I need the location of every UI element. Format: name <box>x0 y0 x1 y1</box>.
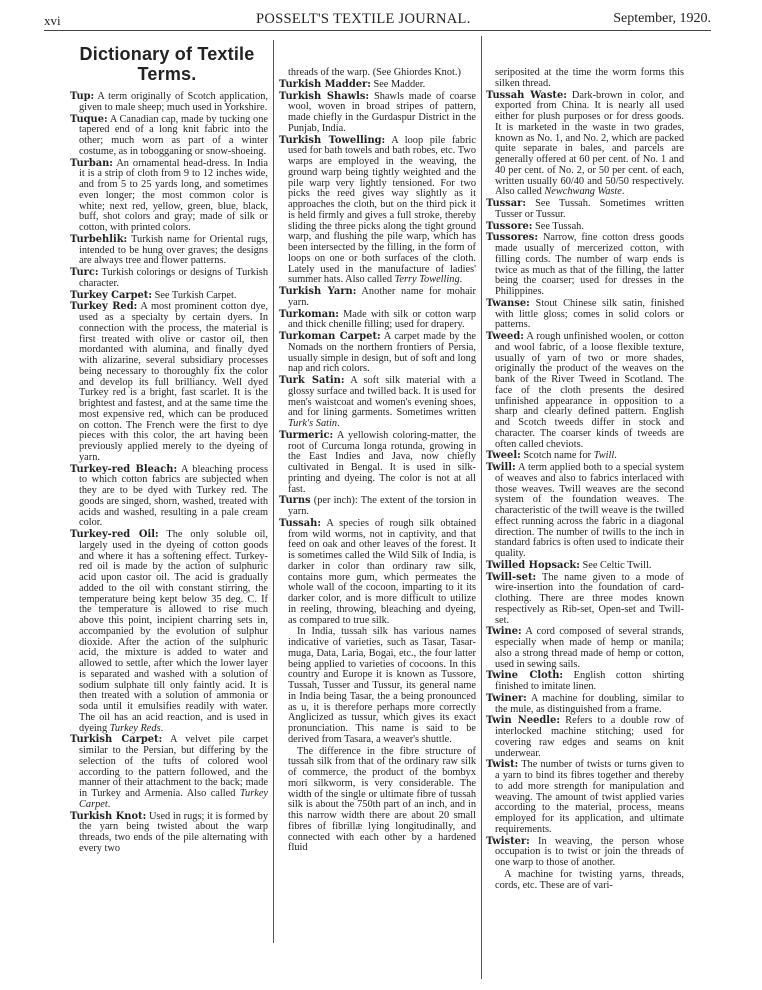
entry-term: Turns <box>279 495 311 506</box>
dictionary-entry: Turkoman Carpet: A carpet made by the No… <box>279 332 476 375</box>
entry-paragraph: A machine for twisting yarns, threads, c… <box>486 870 684 892</box>
entry-term: Turc: <box>70 267 98 278</box>
dictionary-entry: Turns (per inch): The extent of the tors… <box>279 496 476 518</box>
dictionary-entry: Twanse: Stout Chinese silk satin, finish… <box>486 299 684 331</box>
entry-paragraph: The difference in the fibre structure of… <box>279 747 476 855</box>
dictionary-entry: Twin Needle: Refers to a double row of i… <box>486 716 684 759</box>
entry-term: Tussar: <box>486 198 526 209</box>
column-3: seriposited at the time the worm forms t… <box>486 68 684 892</box>
dictionary-entry: Turk Satin: A soft silk material with a … <box>279 376 476 430</box>
entry-term: Twine Cloth: <box>486 670 563 681</box>
column-1: Dictionary of Textile Terms. Tup: A term… <box>70 36 268 856</box>
entry-term: Twill-set: <box>486 572 536 583</box>
entry-term: Turkey Carpet: <box>70 290 152 301</box>
dictionary-entry: Turkish Yarn: Another name for mohair ya… <box>279 287 476 309</box>
continuation-text: seriposited at the time the worm forms t… <box>486 68 684 90</box>
dictionary-entry: Tussah Waste: Dark-brown in color, and e… <box>486 91 684 199</box>
entry-term: Twiner: <box>486 693 527 704</box>
dictionary-entry: Tuque: A Canadian cap, made by tucking o… <box>70 115 268 158</box>
dictionary-entry: Tweel: Scotch name for Twill. <box>486 451 684 462</box>
entry-term: Tussah Waste: <box>486 90 567 101</box>
entry-term: Twanse: <box>486 298 530 309</box>
entry-term: Turkish Towelling: <box>279 135 385 146</box>
dictionary-entry: Turmeric: A yellowish coloring-matter, t… <box>279 431 476 496</box>
dictionary-entry: Turkey Red: A most prominent cotton dye,… <box>70 302 268 463</box>
dictionary-entry: Tup: A term originally of Scotch applica… <box>70 92 268 114</box>
page-header: xvi POSSELT'S TEXTILE JOURNAL. September… <box>44 0 711 30</box>
entry-term: Turkey Red: <box>70 301 137 312</box>
entry-term: Turkey-red Bleach: <box>70 464 177 475</box>
entry-term: Turkoman: <box>279 309 339 320</box>
dictionary-entry: Tussah: A species of rough silk obtained… <box>279 519 476 627</box>
dictionary-entry: Turkoman: Made with silk or cotton warp … <box>279 310 476 332</box>
entry-term: Tussah: <box>279 518 321 529</box>
column-divider <box>481 36 482 979</box>
issue-date: September, 1920. <box>613 11 711 27</box>
dictionary-entry: Turkey-red Oil: The only soluble oil, la… <box>70 530 268 734</box>
dictionary-entry: Twiner: A machine for doubling, similar … <box>486 694 684 716</box>
header-rule <box>44 30 711 31</box>
entry-term: Tup: <box>70 91 94 102</box>
entry-term: Turkey-red Oil: <box>70 529 159 540</box>
entry-term: Turkish Knot: <box>70 811 146 822</box>
dictionary-entry: Turkish Shawls: Shawls made of coarse wo… <box>279 92 476 135</box>
dictionary-entry: Turkish Towelling: A loop pile fabric us… <box>279 136 476 287</box>
entry-term: Twine: <box>486 626 522 637</box>
dictionary-entry: Tussore: See Tussah. <box>486 222 684 233</box>
entry-term: Twill: <box>486 462 516 473</box>
dictionary-entry: Twine Cloth: English cotton shirting fin… <box>486 671 684 693</box>
entry-term: Turk Satin: <box>279 375 345 386</box>
column-divider <box>273 40 274 943</box>
entry-term: Turkish Carpet: <box>70 734 162 745</box>
page-number: xvi <box>44 13 61 29</box>
entry-term: Twin Needle: <box>486 715 560 726</box>
dictionary-entry: Turkey Carpet: See Turkish Carpet. <box>70 291 268 302</box>
entry-term: Twilled Hopsack: <box>486 560 580 571</box>
dictionary-entry: Twilled Hopsack: See Celtic Twill. <box>486 561 684 572</box>
article-title: Dictionary of Textile Terms. <box>66 44 268 84</box>
entry-term: Turkoman Carpet: <box>279 331 381 342</box>
dictionary-entry: Turkish Carpet: A velvet pile carpet sim… <box>70 735 268 810</box>
dictionary-entry: Tussores: Narrow, fine cotton dress good… <box>486 233 684 298</box>
entry-term: Tussore: <box>486 221 532 232</box>
entry-term: Tweed: <box>486 331 524 342</box>
dictionary-entry: Tweed: A rough unfinished woolen, or cot… <box>486 332 684 450</box>
dictionary-entry: Twine: A cord composed of several strand… <box>486 627 684 670</box>
entry-term: Turban: <box>70 158 113 169</box>
entry-term: Twist: <box>486 759 518 770</box>
dictionary-entry: Turc: Turkish colorings or designs of Tu… <box>70 268 268 290</box>
dictionary-entry: Turkish Madder: See Madder. <box>279 80 476 91</box>
column-2: threads of the warp. (See Ghiordes Knot.… <box>279 68 476 855</box>
entry-term: Tussores: <box>486 232 538 243</box>
dictionary-entry: Turkey-red Bleach: A bleaching process t… <box>70 465 268 530</box>
entry-term: Turbehlik: <box>70 234 127 245</box>
entry-term: Tweel: <box>486 450 521 461</box>
dictionary-entry: Turban: An ornamental head-dress. In Ind… <box>70 159 268 234</box>
entry-term: Turkish Shawls: <box>279 91 369 102</box>
continuation-text: threads of the warp. (See Ghiordes Knot.… <box>279 68 476 79</box>
dictionary-entry: Tussar: See Tussah. Sometimes written Tu… <box>486 199 684 221</box>
dictionary-entry: Twill-set: The name given to a mode of w… <box>486 573 684 627</box>
entry-term: Twister: <box>486 836 530 847</box>
journal-title: POSSELT'S TEXTILE JOURNAL. <box>256 11 471 28</box>
dictionary-entry: Twist: The number of twists or turns giv… <box>486 760 684 835</box>
entry-term: Turkish Yarn: <box>279 286 356 297</box>
dictionary-entry: Twill: A term applied both to a special … <box>486 463 684 560</box>
entry-paragraph: In India, tussah silk has various names … <box>279 627 476 745</box>
dictionary-entry: Turkish Knot: Used in rugs; it is formed… <box>70 812 268 855</box>
entry-term: Turmeric: <box>279 430 333 441</box>
dictionary-entry: Twister: In weaving, the person whose oc… <box>486 837 684 869</box>
dictionary-entry: Turbehlik: Turkish name for Oriental rug… <box>70 235 268 267</box>
entry-term: Tuque: <box>70 114 108 125</box>
entry-term: Turkish Madder: <box>279 79 371 90</box>
